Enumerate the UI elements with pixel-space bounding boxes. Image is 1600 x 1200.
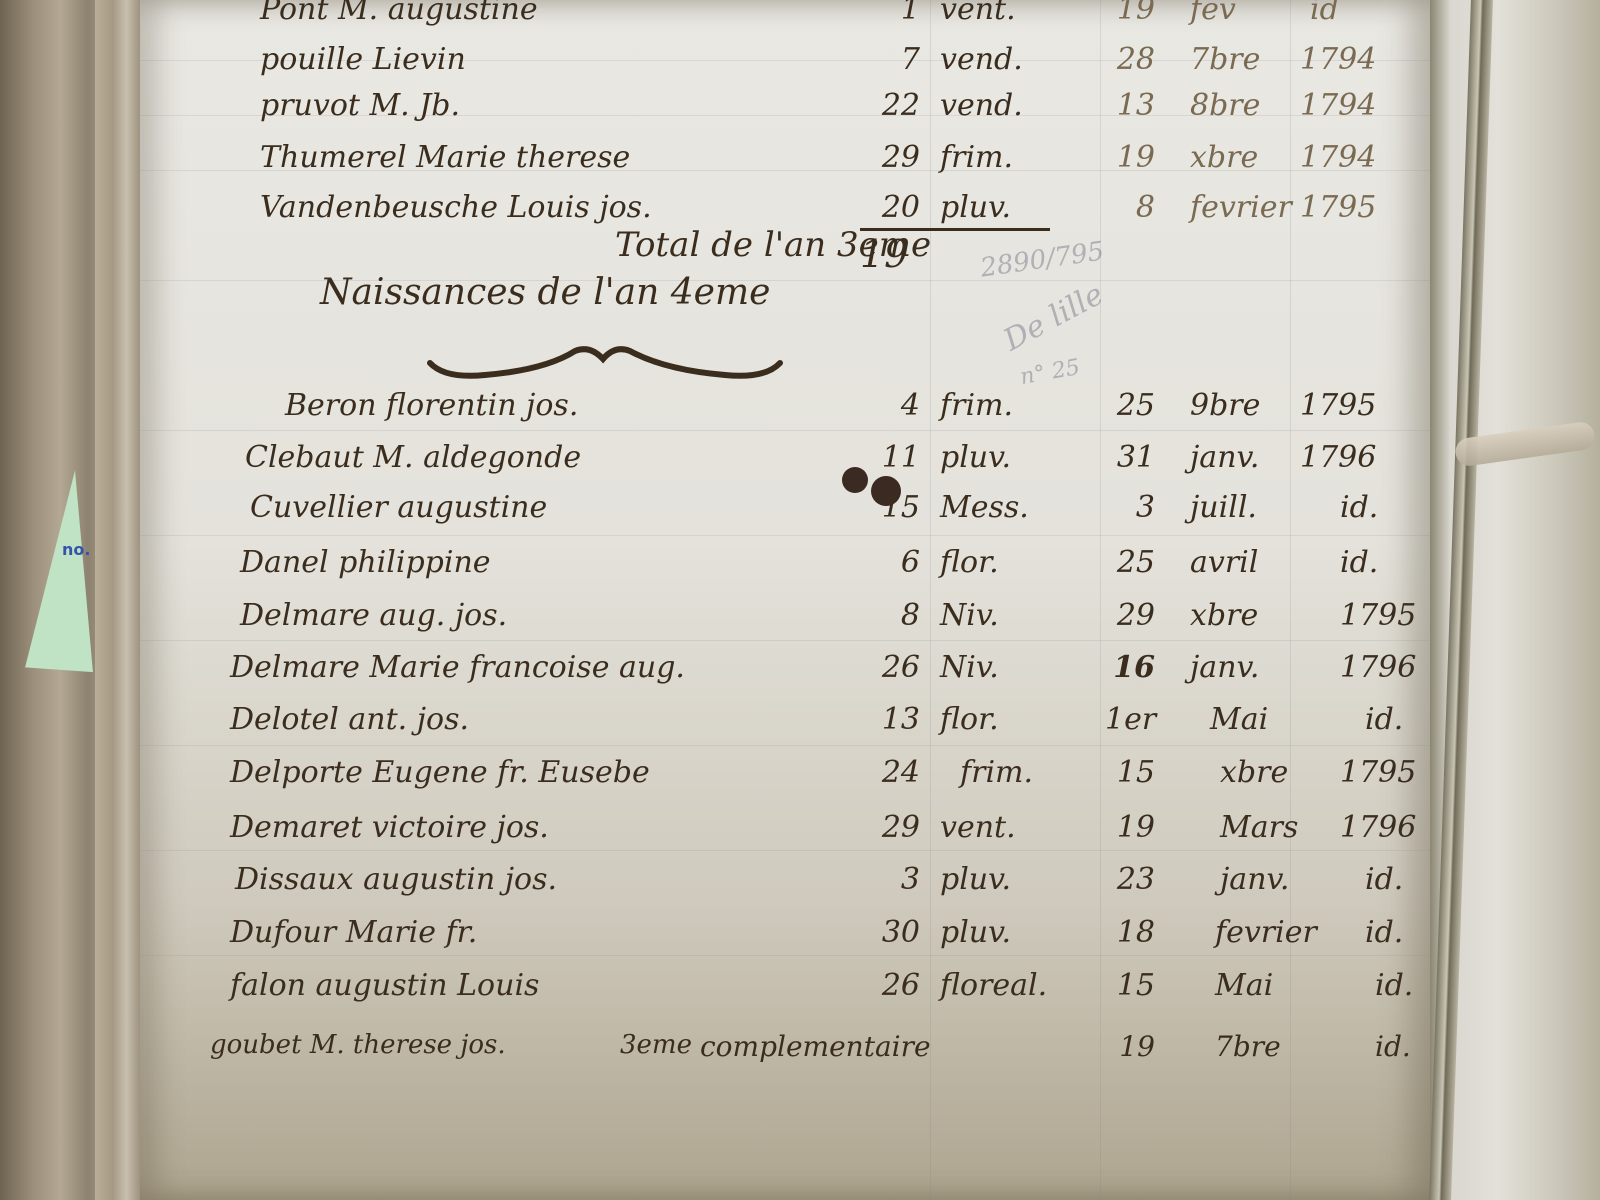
entry-year: 1796 [1340,810,1416,845]
entry-gregorian-day: 23 [1105,862,1155,897]
entry-gregorian-day: 19 [1105,1030,1155,1063]
entry-year: 1794 [1300,42,1376,77]
entry-day: 29 [870,810,920,845]
register-entry: Delmare Marie francoise aug. 26 Niv. 16 … [0,650,1600,700]
entry-year: 1795 [1340,598,1416,633]
entry-gregorian-day: 1er [1105,702,1155,737]
entry-day: 4 [870,388,920,423]
entry-day: 22 [870,88,920,123]
entry-gregorian-month: 7bre [1215,1030,1281,1063]
entry-day: 13 [870,702,920,737]
entry-gregorian-day: 16 [1105,650,1155,685]
entry-name: Delmare Marie francoise aug. [230,650,685,685]
entry-republican-month: pluv. [940,440,1011,475]
entry-name: Pont M. augustine [260,0,538,27]
register-entry: Dufour Marie fr. 30 pluv. 18 fevrier id. [0,915,1600,965]
register-entry: Pont M. augustine 1 vent. 19 fev id [0,0,1600,42]
entry-year: id. [1340,545,1378,580]
entry-name: Thumerel Marie therese [260,140,630,175]
entry-republican-month: pluv. [940,190,1011,225]
register-entry: goubet M. therese jos. 3eme complementai… [0,1030,1600,1080]
entry-gregorian-month: xbre [1190,140,1258,175]
entry-day: 3 [870,862,920,897]
register-entry: Cuvellier augustine 15 Mess. 3 juill. id… [0,490,1600,540]
entry-republican-month: frim. [940,388,1013,423]
entry-gregorian-day: 8 [1105,190,1155,225]
entry-day: 6 [870,545,920,580]
entry-name: Danel philippine [240,545,491,580]
entry-name: Dissaux augustin jos. [235,862,557,897]
entry-year: id. [1365,862,1403,897]
entry-year: 1796 [1340,650,1416,685]
entry-day: 3eme [620,1030,692,1060]
register-entry: Delporte Eugene fr. Eusebe 24 frim. 15 x… [0,755,1600,805]
entry-name: Beron florentin jos. [285,388,578,423]
entry-gregorian-month: fev [1190,0,1236,27]
entry-republican-month: vent. [940,0,1016,27]
entry-gregorian-day: 19 [1105,0,1155,27]
entry-gregorian-month: xbre [1220,755,1288,790]
entry-republican-month: flor. [940,702,999,737]
entry-republican-month: floreal. [940,968,1047,1003]
entry-name: pruvot M. Jb. [260,88,460,123]
entry-republican-month: pluv. [940,862,1011,897]
entry-year: id. [1375,1030,1411,1063]
entry-name: Delporte Eugene fr. Eusebe [230,755,650,790]
entry-name: Clebaut M. aldegonde [245,440,581,475]
entry-year: id. [1340,490,1378,525]
entry-year: id [1310,0,1339,27]
entry-day: 20 [870,190,920,225]
entry-republican-month: flor. [940,545,999,580]
entry-republican-month: vend. [940,88,1023,123]
entry-gregorian-month: Mars [1220,810,1298,845]
entry-day: 11 [870,440,920,475]
entry-gregorian-month: 7bre [1190,42,1260,77]
entry-day: 7 [870,42,920,77]
section-heading: Naissances de l'an 4eme [320,272,770,313]
entry-gregorian-month: janv. [1220,862,1289,897]
entry-day: 15 [870,490,920,525]
entry-name: Demaret victoire jos. [230,810,549,845]
entry-year: 1795 [1340,755,1416,790]
entry-name: Vandenbeusche Louis jos. [260,190,652,225]
entry-gregorian-day: 25 [1105,388,1155,423]
register-entry: Thumerel Marie therese 29 frim. 19 xbre … [0,140,1600,190]
entry-day: 24 [870,755,920,790]
entry-year: id. [1375,968,1413,1003]
entry-name: pouille Lievin [260,42,466,77]
entry-gregorian-day: 18 [1105,915,1155,950]
entry-year: 1795 [1300,388,1376,423]
entry-republican-month: complementaire [700,1030,931,1063]
calligraphic-flourish [425,345,785,385]
entry-name: Dufour Marie fr. [230,915,477,950]
register-entry: Delotel ant. jos. 13 flor. 1er Mai id. [0,702,1600,752]
entry-gregorian-month: Mai [1210,702,1268,737]
entry-gregorian-month: xbre [1190,598,1258,633]
entry-gregorian-month: Mai [1215,968,1273,1003]
entry-republican-month: Niv. [940,650,999,685]
register-entry: Demaret victoire jos. 29 vent. 19 Mars 1… [0,810,1600,860]
entry-gregorian-day: 15 [1105,755,1155,790]
entry-name: Cuvellier augustine [250,490,547,525]
register-entry: Danel philippine 6 flor. 25 avril id. [0,545,1600,595]
entry-name: Delotel ant. jos. [230,702,469,737]
entry-year: id. [1365,702,1403,737]
entry-republican-month: pluv. [940,915,1011,950]
register-entry: Clebaut M. aldegonde 11 pluv. 31 janv. 1… [0,440,1600,490]
entry-republican-month: frim. [940,140,1013,175]
entry-republican-month: Niv. [940,598,999,633]
register-entry: falon augustin Louis 26 floreal. 15 Mai … [0,968,1600,1018]
entry-day: 1 [870,0,920,27]
register-entry: pruvot M. Jb. 22 vend. 13 8bre 1794 [0,88,1600,138]
entry-year: 1796 [1300,440,1376,475]
entry-name: goubet M. therese jos. [210,1030,506,1060]
entry-gregorian-day: 29 [1105,598,1155,633]
entry-year: 1795 [1300,190,1376,225]
entry-gregorian-month: janv. [1190,440,1259,475]
entry-year: 1794 [1300,88,1376,123]
entry-gregorian-month: avril [1190,545,1258,580]
register-entry: Beron florentin jos. 4 frim. 25 9bre 179… [0,388,1600,438]
entry-gregorian-month: janv. [1190,650,1259,685]
entry-year: id. [1365,915,1403,950]
entry-gregorian-month: juill. [1190,490,1257,525]
register-entry: Delmare aug. jos. 8 Niv. 29 xbre 1795 [0,598,1600,648]
entry-republican-month: vend. [940,42,1023,77]
entry-year: 1794 [1300,140,1376,175]
entry-day: 29 [870,140,920,175]
entry-republican-month: vent. [940,810,1016,845]
entry-republican-month: frim. [960,755,1033,790]
entry-gregorian-month: fevrier [1190,190,1292,225]
register-entry: Dissaux augustin jos. 3 pluv. 23 janv. i… [0,862,1600,912]
register-entry: pouille Lievin 7 vend. 28 7bre 1794 [0,42,1600,92]
entry-gregorian-month: fevrier [1215,915,1317,950]
entry-gregorian-day: 25 [1105,545,1155,580]
entry-name: falon augustin Louis [230,968,539,1003]
entry-name: Delmare aug. jos. [240,598,507,633]
entry-republican-month: Mess. [940,490,1029,525]
entry-gregorian-month: 9bre [1190,388,1260,423]
total-value: 19 [860,232,908,276]
entry-gregorian-day: 3 [1105,490,1155,525]
entry-gregorian-day: 13 [1105,88,1155,123]
entry-day: 26 [870,968,920,1003]
entry-gregorian-month: 8bre [1190,88,1260,123]
entry-gregorian-day: 19 [1105,810,1155,845]
entry-gregorian-day: 28 [1105,42,1155,77]
entry-day: 8 [870,598,920,633]
entry-day: 30 [870,915,920,950]
entry-gregorian-day: 19 [1105,140,1155,175]
entry-gregorian-day: 31 [1105,440,1155,475]
entry-day: 26 [870,650,920,685]
entry-gregorian-day: 15 [1105,968,1155,1003]
